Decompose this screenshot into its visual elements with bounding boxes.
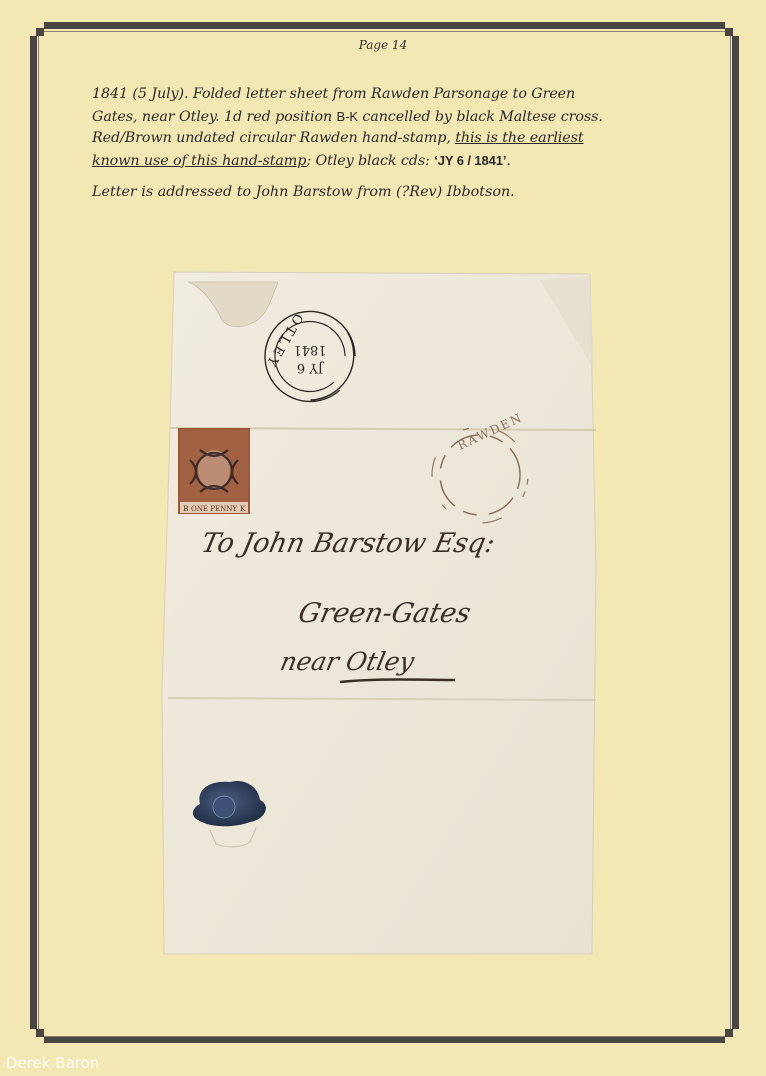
description-line: cancelled by black Maltese cross.	[358, 109, 603, 125]
frame-corner	[30, 1029, 44, 1043]
address-note: Letter is addressed to John Barstow from…	[92, 184, 692, 200]
emphasis-text: this is the earliest	[455, 130, 583, 146]
cds-date: ‘JY 6 / 1841’	[434, 153, 506, 168]
svg-text:B: B	[183, 504, 189, 513]
page-number: Page 14	[0, 38, 766, 52]
description-text: 1841 (5 July). Folded letter sheet from …	[92, 84, 692, 172]
svg-text:JY 6: JY 6	[297, 360, 325, 375]
stamp-position: B-K	[337, 109, 358, 124]
letter-sheet-image: JY 6 1841 OTLEY RAWDEN B ONE P	[160, 270, 598, 956]
svg-text:near Otley: near Otley	[278, 647, 418, 676]
description-line: ; Otley black cds:	[306, 153, 434, 169]
frame-corner	[30, 22, 44, 36]
svg-text:K: K	[240, 504, 246, 513]
svg-text:Green-Gates: Green-Gates	[296, 598, 474, 629]
description-line: 1841 (5 July). Folded letter sheet from …	[92, 86, 575, 102]
frame-corner	[725, 22, 739, 36]
description-line: Red/Brown undated circular Rawden hand-s…	[92, 130, 455, 146]
watermark: Derek Baron	[6, 1054, 99, 1072]
penny-black-stamp: B ONE PENNY K	[178, 428, 250, 514]
punctuation: .	[506, 153, 510, 169]
emphasis-text: known use of this hand-stamp	[92, 153, 306, 169]
frame-corner	[725, 1029, 739, 1043]
description-line: Gates, near Otley. 1d red position	[92, 109, 337, 125]
svg-text:To John Barstow Esq:: To John Barstow Esq:	[199, 528, 498, 559]
svg-text:ONE PENNY: ONE PENNY	[191, 505, 237, 513]
svg-text:1841: 1841	[293, 342, 326, 357]
